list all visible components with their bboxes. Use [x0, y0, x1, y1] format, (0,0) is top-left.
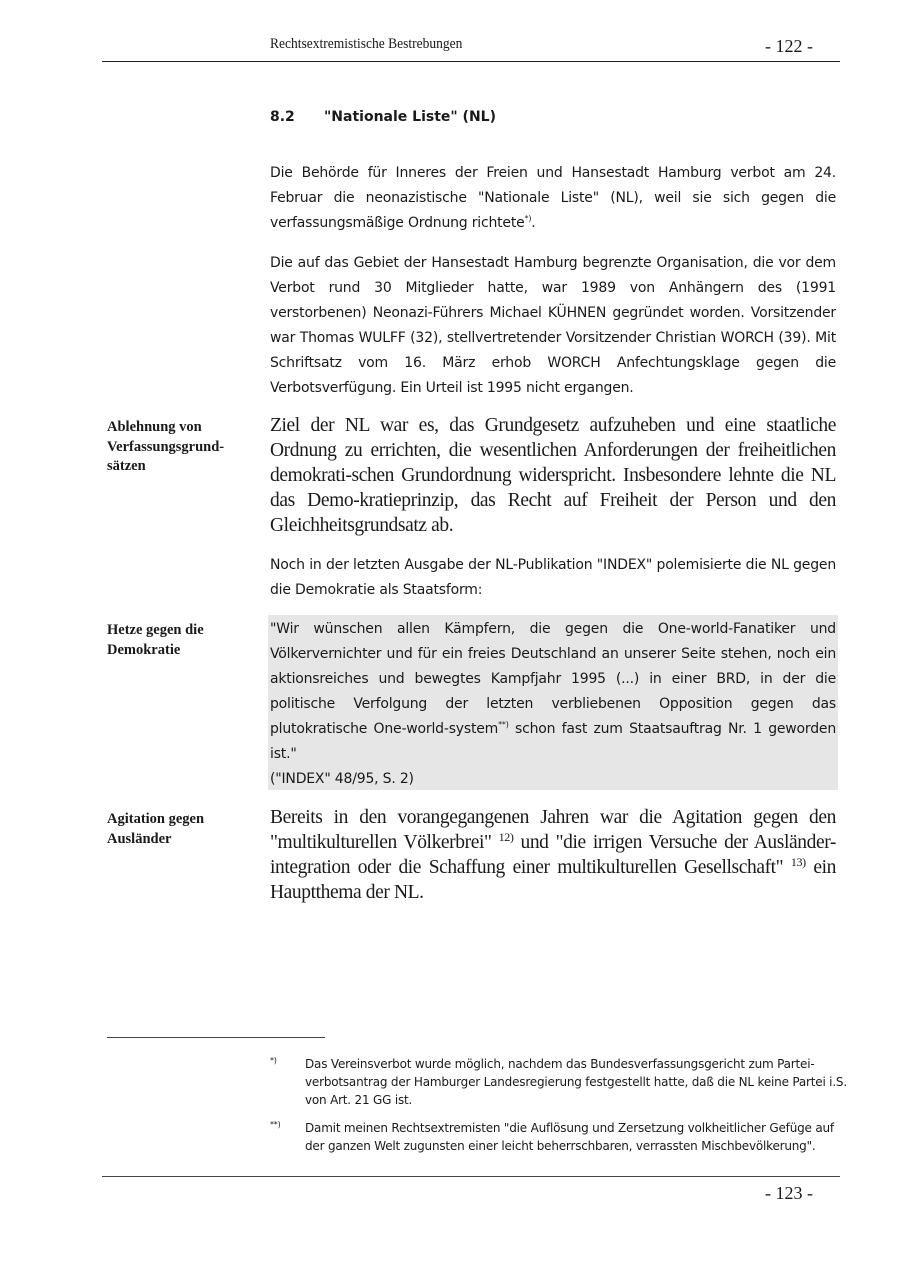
margin-note-auslaender: Agitation gegen Ausländer [107, 810, 257, 849]
footnote-separator [107, 1037, 325, 1038]
page-number-bottom: - 123 - [765, 1183, 813, 1204]
page-number-top: - 122 - [765, 36, 813, 57]
footnote-item: *) Das Vereinsverbot wurde möglich, nach… [270, 1055, 850, 1109]
running-header-title: Rechtsextremistische Bestrebungen [270, 36, 462, 53]
paragraph-organisation: Die auf das Gebiet der Hansestadt Hambur… [270, 251, 836, 401]
footnote-ref[interactable]: 12) [499, 830, 514, 844]
section-number: 8.2 [270, 109, 324, 125]
footnote-mark: **) [270, 1119, 305, 1155]
paragraph-index-intro: Noch in der letzten Ausgabe der NL-Publi… [270, 553, 836, 603]
header-rule [102, 61, 840, 62]
paragraph-ban-announcement: Die Behörde für Inneres der Freien und H… [270, 161, 836, 236]
section-heading: 8.2 "Nationale Liste" (NL) [270, 109, 496, 125]
footer-rule [102, 1176, 840, 1177]
section-title: "Nationale Liste" (NL) [324, 109, 496, 125]
margin-note-verfassung: Ablehnung von Verfassungsgrund-sätzen [107, 418, 257, 477]
footnote-text: Damit meinen Rechtsextremisten "die Aufl… [305, 1119, 850, 1155]
block-quote: "Wir wünschen allen Kämpfern, die gegen … [270, 617, 836, 792]
footnote-item: **) Damit meinen Rechtsextremisten "die … [270, 1119, 850, 1155]
margin-note-demokratie: Hetze gegen die Demokratie [107, 621, 257, 660]
paragraph-agitation: Bereits in den vorangegangenen Jahren wa… [270, 805, 836, 905]
paragraph-goals: Ziel der NL war es, das Grundgesetz aufz… [270, 413, 836, 538]
footnote-mark: *) [270, 1055, 305, 1109]
footnote-text: Das Vereinsverbot wurde möglich, nachdem… [305, 1055, 850, 1109]
footnote-ref[interactable]: 13) [791, 855, 806, 869]
quote-source: ("INDEX" 48/95, S. 2) [270, 771, 414, 787]
footnote-ref[interactable]: **) [498, 720, 509, 729]
